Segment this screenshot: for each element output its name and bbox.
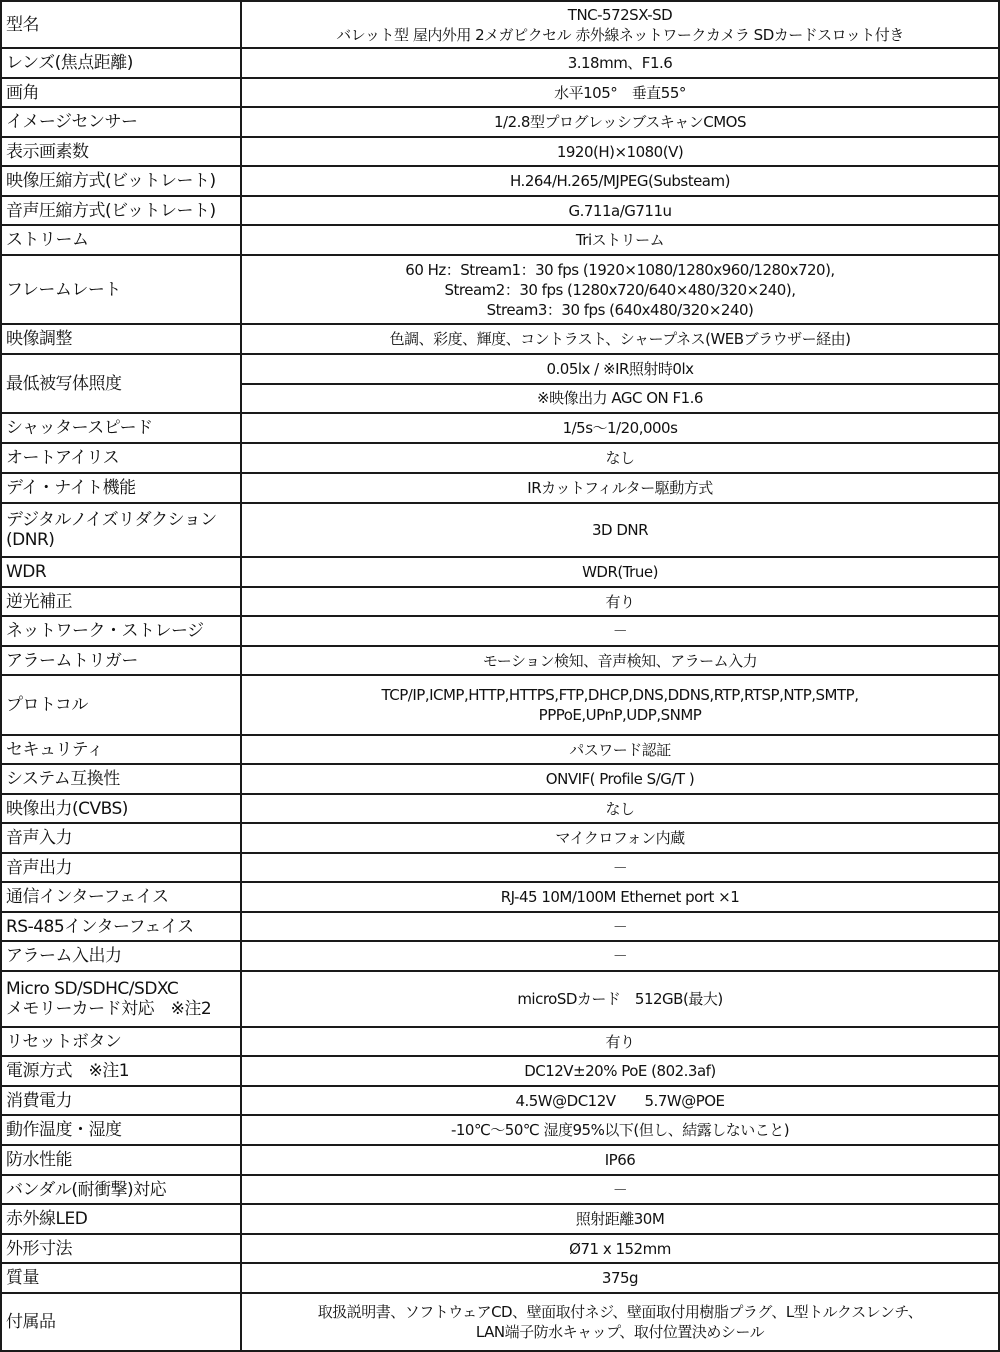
- spec-row: 赤外線LED照射距離30M: [1, 1204, 999, 1234]
- spec-value-line: 3.18mm、F1.6: [246, 53, 994, 73]
- spec-value: 1920(H)×1080(V): [241, 137, 999, 166]
- spec-value-line: なし: [246, 448, 994, 468]
- spec-value-line: モーション検知、音声検知、アラーム入力: [246, 651, 994, 671]
- spec-value: 取扱説明書、ソフトウェアCD、壁面取付ネジ、壁面取付用樹脂プラグ、L型トルクスレ…: [241, 1293, 999, 1351]
- spec-row: 型名TNC-572SX-SDバレット型 屋内外用 2メガピクセル 赤外線ネットワ…: [1, 1, 999, 48]
- spec-value-line: G.711a/G711u: [246, 201, 994, 221]
- spec-label: フレームレート: [1, 255, 241, 324]
- spec-row: RS-485インターフェイス－: [1, 912, 999, 941]
- spec-row: アラーム入出力－: [1, 941, 999, 971]
- spec-row: ストリームTriストリーム: [1, 225, 999, 255]
- spec-label: 消費電力: [1, 1086, 241, 1115]
- spec-row: Micro SD/SDHC/SDXCメモリーカード対応 ※注2microSDカー…: [1, 971, 999, 1027]
- spec-value: IP66: [241, 1145, 999, 1175]
- spec-value: TCP/IP,ICMP,HTTP,HTTPS,FTP,DHCP,DNS,DDNS…: [241, 675, 999, 735]
- spec-label: 表示画素数: [1, 137, 241, 166]
- spec-value: 有り: [241, 1027, 999, 1056]
- spec-value: microSDカード 512GB(最大): [241, 971, 999, 1027]
- spec-value-line: 有り: [246, 1032, 994, 1052]
- spec-value-line: RJ-45 10M/100M Ethernet port ×1: [246, 887, 994, 907]
- spec-value: モーション検知、音声検知、アラーム入力: [241, 646, 999, 675]
- spec-row: 音声出力－: [1, 853, 999, 882]
- spec-row: 表示画素数1920(H)×1080(V): [1, 137, 999, 166]
- spec-row: 付属品取扱説明書、ソフトウェアCD、壁面取付ネジ、壁面取付用樹脂プラグ、L型トル…: [1, 1293, 999, 1351]
- spec-row: リセットボタン有り: [1, 1027, 999, 1056]
- spec-value: －: [241, 616, 999, 646]
- spec-label: 通信インターフェイス: [1, 882, 241, 912]
- spec-label: オートアイリス: [1, 443, 241, 473]
- spec-label: レンズ(焦点距離): [1, 48, 241, 78]
- spec-value-line: 1/2.8型プログレッシブスキャンCMOS: [246, 112, 994, 132]
- spec-value-line: TCP/IP,ICMP,HTTP,HTTPS,FTP,DHCP,DNS,DDNS…: [246, 685, 994, 705]
- spec-value-line: －: [246, 917, 994, 937]
- spec-label-line: デジタルノイズリダクション: [6, 510, 236, 530]
- spec-value: Ø71 x 152mm: [241, 1234, 999, 1263]
- spec-label: 外形寸法: [1, 1234, 241, 1263]
- spec-label: アラームトリガー: [1, 646, 241, 675]
- spec-value-line: 1/5s～1/20,000s: [246, 418, 994, 438]
- spec-label: 逆光補正: [1, 587, 241, 616]
- spec-value-line: 0.05lx / ※IR照射時0lx: [246, 359, 994, 379]
- spec-value-line: －: [246, 946, 994, 966]
- spec-value-line: 色調、彩度、輝度、コントラスト、シャープネス(WEBブラウザー経由): [246, 329, 994, 349]
- spec-value: －: [241, 912, 999, 941]
- spec-value: H.264/H.265/MJPEG(Substeam): [241, 166, 999, 196]
- spec-label: 赤外線LED: [1, 1204, 241, 1234]
- spec-value-line: パスワード認証: [246, 740, 994, 760]
- spec-row: アラームトリガーモーション検知、音声検知、アラーム入力: [1, 646, 999, 675]
- spec-row: ネットワーク・ストレージ－: [1, 616, 999, 646]
- spec-value-line: Ø71 x 152mm: [246, 1239, 994, 1259]
- spec-value-line: 水平105° 垂直55°: [246, 83, 994, 103]
- spec-row: WDRWDR(True): [1, 557, 999, 587]
- spec-table: 型名TNC-572SX-SDバレット型 屋内外用 2メガピクセル 赤外線ネットワ…: [0, 0, 1000, 1352]
- spec-row: セキュリティパスワード認証: [1, 735, 999, 764]
- spec-value-line: Triストリーム: [246, 230, 994, 250]
- spec-value: G.711a/G711u: [241, 196, 999, 225]
- spec-row: 画角水平105° 垂直55°: [1, 78, 999, 107]
- spec-label: アラーム入出力: [1, 941, 241, 971]
- spec-value-line: ONVIF( Profile S/G/T ): [246, 769, 994, 789]
- spec-label: ストリーム: [1, 225, 241, 255]
- spec-label: イメージセンサー: [1, 107, 241, 137]
- spec-label: 電源方式 ※注1: [1, 1056, 241, 1086]
- spec-label-line: (DNR): [6, 530, 236, 550]
- spec-label: 最低被写体照度: [1, 354, 241, 413]
- spec-row: イメージセンサー1/2.8型プログレッシブスキャンCMOS: [1, 107, 999, 137]
- spec-value-line: IP66: [246, 1150, 994, 1170]
- spec-label: 防水性能: [1, 1145, 241, 1175]
- spec-value: 水平105° 垂直55°: [241, 78, 999, 107]
- spec-value-line: 60 Hz：Stream1：30 fps (1920×1080/1280x960…: [246, 260, 994, 280]
- spec-row: フレームレート60 Hz：Stream1：30 fps (1920×1080/1…: [1, 255, 999, 324]
- spec-table-body: 型名TNC-572SX-SDバレット型 屋内外用 2メガピクセル 赤外線ネットワ…: [1, 1, 999, 1351]
- spec-value: 0.05lx / ※IR照射時0lx: [241, 354, 999, 384]
- spec-label: WDR: [1, 557, 241, 587]
- spec-label: 音声圧縮方式(ビットレート): [1, 196, 241, 225]
- spec-label: 動作温度・湿度: [1, 1115, 241, 1145]
- spec-value: 1/5s～1/20,000s: [241, 413, 999, 443]
- spec-label: システム互換性: [1, 764, 241, 794]
- spec-value-line: バレット型 屋内外用 2メガピクセル 赤外線ネットワークカメラ SDカードスロッ…: [246, 25, 994, 45]
- spec-label: RS-485インターフェイス: [1, 912, 241, 941]
- spec-value: パスワード認証: [241, 735, 999, 764]
- spec-value: ONVIF( Profile S/G/T ): [241, 764, 999, 794]
- spec-value: WDR(True): [241, 557, 999, 587]
- spec-row: 動作温度・湿度-10℃～50℃ 湿度95%以下(但し、結露しないこと): [1, 1115, 999, 1145]
- spec-value-line: -10℃～50℃ 湿度95%以下(但し、結露しないこと): [246, 1120, 994, 1140]
- spec-value-line: Stream3：30 fps (640x480/320×240): [246, 300, 994, 320]
- spec-value: 1/2.8型プログレッシブスキャンCMOS: [241, 107, 999, 137]
- spec-value-line: IRカットフィルター駆動方式: [246, 478, 994, 498]
- spec-row: 最低被写体照度0.05lx / ※IR照射時0lx: [1, 354, 999, 384]
- spec-value-line: マイクロフォン内蔵: [246, 828, 994, 848]
- spec-row: デイ・ナイト機能IRカットフィルター駆動方式: [1, 473, 999, 503]
- spec-label: セキュリティ: [1, 735, 241, 764]
- spec-value: RJ-45 10M/100M Ethernet port ×1: [241, 882, 999, 912]
- spec-value-line: 4.5W@DC12V 5.7W@POE: [246, 1091, 994, 1111]
- spec-label-line: メモリーカード対応 ※注2: [6, 999, 236, 1019]
- spec-row: 映像調整色調、彩度、輝度、コントラスト、シャープネス(WEBブラウザー経由): [1, 324, 999, 354]
- spec-row: 外形寸法Ø71 x 152mm: [1, 1234, 999, 1263]
- spec-label: 型名: [1, 1, 241, 48]
- spec-value-line: －: [246, 858, 994, 878]
- spec-label: ネットワーク・ストレージ: [1, 616, 241, 646]
- spec-label: 音声出力: [1, 853, 241, 882]
- spec-value-line: 1920(H)×1080(V): [246, 142, 994, 162]
- spec-value-line: 375g: [246, 1268, 994, 1288]
- spec-value-line: 照射距離30M: [246, 1209, 994, 1229]
- spec-value-line: TNC-572SX-SD: [246, 5, 994, 25]
- spec-row: レンズ(焦点距離)3.18mm、F1.6: [1, 48, 999, 78]
- spec-label-line: Micro SD/SDHC/SDXC: [6, 979, 236, 999]
- spec-value-line: 取扱説明書、ソフトウェアCD、壁面取付ネジ、壁面取付用樹脂プラグ、L型トルクスレ…: [246, 1302, 994, 1322]
- spec-label: 付属品: [1, 1293, 241, 1351]
- spec-value: 照射距離30M: [241, 1204, 999, 1234]
- spec-label: 映像調整: [1, 324, 241, 354]
- spec-label: デイ・ナイト機能: [1, 473, 241, 503]
- spec-value: 有り: [241, 587, 999, 616]
- spec-label: 映像出力(CVBS): [1, 794, 241, 823]
- spec-value: －: [241, 941, 999, 971]
- spec-row: 音声入力マイクロフォン内蔵: [1, 823, 999, 853]
- spec-value: 375g: [241, 1263, 999, 1293]
- spec-value-line: なし: [246, 799, 994, 819]
- spec-value: 3.18mm、F1.6: [241, 48, 999, 78]
- spec-label: デジタルノイズリダクション(DNR): [1, 503, 241, 557]
- spec-value-line: 有り: [246, 592, 994, 612]
- spec-label: Micro SD/SDHC/SDXCメモリーカード対応 ※注2: [1, 971, 241, 1027]
- spec-value-line: WDR(True): [246, 562, 994, 582]
- spec-row: 質量375g: [1, 1263, 999, 1293]
- spec-row: 防水性能IP66: [1, 1145, 999, 1175]
- spec-value: DC12V±20% PoE (802.3af): [241, 1056, 999, 1086]
- spec-value: マイクロフォン内蔵: [241, 823, 999, 853]
- spec-value: なし: [241, 443, 999, 473]
- spec-row: 通信インターフェイスRJ-45 10M/100M Ethernet port ×…: [1, 882, 999, 912]
- spec-row: 消費電力4.5W@DC12V 5.7W@POE: [1, 1086, 999, 1115]
- spec-label: 質量: [1, 1263, 241, 1293]
- spec-value-line: －: [246, 1180, 994, 1200]
- spec-row: シャッタースピード1/5s～1/20,000s: [1, 413, 999, 443]
- spec-value: －: [241, 1175, 999, 1204]
- spec-value: TNC-572SX-SDバレット型 屋内外用 2メガピクセル 赤外線ネットワーク…: [241, 1, 999, 48]
- spec-label: プロトコル: [1, 675, 241, 735]
- spec-value: 60 Hz：Stream1：30 fps (1920×1080/1280x960…: [241, 255, 999, 324]
- spec-value: 色調、彩度、輝度、コントラスト、シャープネス(WEBブラウザー経由): [241, 324, 999, 354]
- spec-row: 映像出力(CVBS)なし: [1, 794, 999, 823]
- spec-row: 映像圧縮方式(ビットレート)H.264/H.265/MJPEG(Substeam…: [1, 166, 999, 196]
- spec-value-line: PPPoE,UPnP,UDP,SNMP: [246, 705, 994, 725]
- spec-value-line: 3D DNR: [246, 520, 994, 540]
- spec-label: 画角: [1, 78, 241, 107]
- spec-row: 音声圧縮方式(ビットレート)G.711a/G711u: [1, 196, 999, 225]
- spec-value-line: LAN端子防水キャップ、取付位置決めシール: [246, 1322, 994, 1342]
- spec-value-line: －: [246, 621, 994, 641]
- spec-label: リセットボタン: [1, 1027, 241, 1056]
- spec-row: オートアイリスなし: [1, 443, 999, 473]
- spec-value: なし: [241, 794, 999, 823]
- spec-label: 音声入力: [1, 823, 241, 853]
- spec-row: デジタルノイズリダクション(DNR)3D DNR: [1, 503, 999, 557]
- spec-value: -10℃～50℃ 湿度95%以下(但し、結露しないこと): [241, 1115, 999, 1145]
- spec-label: シャッタースピード: [1, 413, 241, 443]
- spec-row: プロトコルTCP/IP,ICMP,HTTP,HTTPS,FTP,DHCP,DNS…: [1, 675, 999, 735]
- spec-value: Triストリーム: [241, 225, 999, 255]
- spec-value-line: H.264/H.265/MJPEG(Substeam): [246, 171, 994, 191]
- spec-row: バンダル(耐衝撃)対応－: [1, 1175, 999, 1204]
- spec-value: 3D DNR: [241, 503, 999, 557]
- spec-sub-value: ※映像出力 AGC ON F1.6: [241, 384, 999, 414]
- spec-label: バンダル(耐衝撃)対応: [1, 1175, 241, 1204]
- spec-row: システム互換性ONVIF( Profile S/G/T ): [1, 764, 999, 794]
- spec-row: 逆光補正有り: [1, 587, 999, 616]
- spec-value: －: [241, 853, 999, 882]
- spec-row: 電源方式 ※注1DC12V±20% PoE (802.3af): [1, 1056, 999, 1086]
- spec-value-line: microSDカード 512GB(最大): [246, 989, 994, 1009]
- spec-value-line: DC12V±20% PoE (802.3af): [246, 1061, 994, 1081]
- spec-value: 4.5W@DC12V 5.7W@POE: [241, 1086, 999, 1115]
- spec-value: IRカットフィルター駆動方式: [241, 473, 999, 503]
- spec-label: 映像圧縮方式(ビットレート): [1, 166, 241, 196]
- spec-value-line: Stream2：30 fps (1280x720/640×480/320×240…: [246, 280, 994, 300]
